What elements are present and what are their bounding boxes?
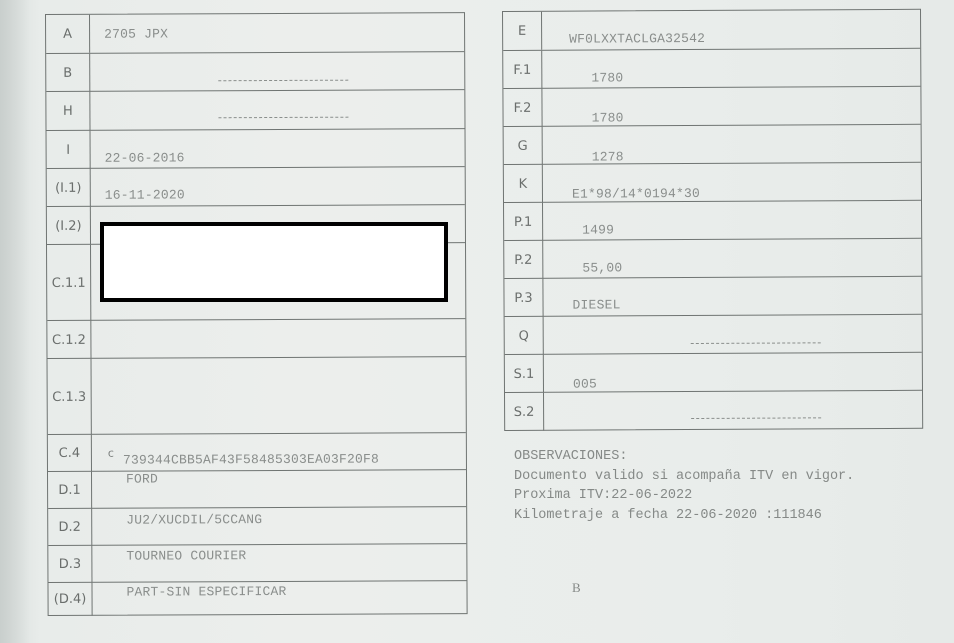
field-label: C.1.3: [48, 359, 92, 435]
field-value-usage: PART-SIN ESPECIFICAR: [126, 584, 286, 600]
field-value-max-mass-service: 1780: [592, 110, 624, 125]
field-label: S.1: [505, 355, 544, 393]
left-registration-table: A 2705 JPX B H I 22-06-2016 (I.1) 16-11-…: [45, 12, 468, 616]
row-d4: (D.4) PART-SIN ESPECIFICAR: [48, 580, 466, 616]
row-i: I 22-06-2016: [47, 128, 465, 169]
row-p3: P.3 DIESEL: [504, 276, 921, 317]
field-value-make: FORD: [126, 472, 158, 487]
field-label: F.2: [503, 89, 542, 127]
field-label: (D.4): [48, 583, 92, 616]
field-label: C.1.1: [47, 245, 91, 321]
field-value-fuel: DIESEL: [573, 297, 621, 312]
field-label: P.2: [504, 241, 543, 279]
row-d3: D.3 TOURNEO COURIER: [48, 543, 466, 583]
row-c4: C.4 c 739344CBB5AF43F58485303EA03F20F8: [48, 432, 466, 472]
row-h: H: [46, 89, 464, 131]
field-label: C.4: [48, 435, 92, 472]
row-i1: (I.1) 16-11-2020: [47, 166, 465, 207]
field-label: K: [504, 165, 543, 203]
empty-dash-line: [691, 417, 821, 419]
field-value-first-registration: 22-06-2016: [105, 150, 185, 165]
footer-mark: B: [572, 580, 581, 596]
field-value-c4-hash: 739344CBB5AF43F58485303EA03F20F8: [123, 452, 379, 468]
row-q: Q: [505, 314, 922, 355]
field-label: F.1: [503, 51, 542, 89]
row-d2: D.2 JU2/XUCDIL/5CCANG: [48, 506, 466, 546]
row-e: E WF0LXXTACLGA32542: [503, 10, 920, 50]
observation-line: Kilometraje a fecha 22-06-2020 :111846: [514, 506, 854, 526]
observation-line: Documento valido si acompaña ITV en vigo…: [514, 467, 854, 487]
field-value-type-variant: JU2/XUCDIL/5CCANG: [126, 512, 262, 528]
field-label: S.2: [505, 393, 544, 431]
field-label: P.3: [504, 279, 543, 317]
observation-line: Proxima ITV:22-06-2022: [514, 486, 854, 506]
row-c13: C.1.3: [48, 356, 466, 435]
field-value-plate: 2705 JPX: [104, 26, 168, 41]
row-b: B: [46, 51, 464, 92]
field-label: (I.1): [47, 169, 91, 207]
row-g: G 1278: [504, 124, 921, 165]
row-k: K E1*98/14*0194*30: [504, 162, 921, 203]
field-label: E: [503, 12, 542, 50]
field-value-max-mass: 1780: [591, 70, 623, 85]
row-s1: S.1 005: [505, 352, 922, 393]
field-value-type-approval: E1*98/14*0194*30: [572, 186, 700, 202]
row-s2: S.2: [505, 390, 922, 431]
field-label: P.1: [504, 203, 543, 241]
row-p1: P.1 1499: [504, 200, 921, 241]
field-value-power: 55,00: [582, 260, 622, 275]
row-a: A 2705 JPX: [46, 13, 464, 53]
field-label: H: [46, 92, 90, 131]
row-c12: C.1.2: [47, 318, 465, 359]
field-label: Q: [505, 317, 544, 355]
field-label: I: [47, 131, 91, 169]
empty-dash-line: [218, 117, 348, 119]
observations-block: OBSERVACIONES:Documento valido si acompa…: [514, 447, 854, 525]
field-label: D.3: [48, 546, 92, 583]
row-d1: D.1 FORD: [48, 469, 466, 509]
field-value-registration-date: 16-11-2020: [105, 187, 185, 202]
observations-heading: OBSERVACIONES:: [514, 447, 854, 467]
field-label: G: [504, 127, 543, 165]
field-label: C.1.2: [47, 321, 91, 359]
empty-dash-line: [691, 342, 821, 344]
row-p2: P.2 55,00: [504, 238, 921, 279]
row-f1: F.1 1780: [503, 48, 920, 89]
right-technical-table: E WF0LXXTACLGA32542 F.1 1780 F.2 1780 G …: [502, 9, 923, 431]
c4-prefix-mark: c: [108, 447, 114, 460]
field-value-model: TOURNEO COURIER: [126, 548, 246, 564]
field-value-displacement: 1499: [582, 222, 614, 237]
field-label: B: [46, 54, 90, 92]
field-label: D.1: [48, 472, 92, 509]
field-value-mass-in-service: 1278: [592, 149, 624, 164]
field-label: D.2: [48, 509, 92, 546]
field-value-vin: WF0LXXTACLGA32542: [569, 31, 705, 47]
document-page: A 2705 JPX B H I 22-06-2016 (I.1) 16-11-…: [0, 0, 954, 643]
row-f2: F.2 1780: [503, 86, 920, 127]
field-value-seats: 005: [573, 377, 597, 392]
redaction-box: [100, 222, 448, 302]
field-label: A: [46, 15, 90, 53]
field-label: (I.2): [47, 207, 91, 245]
empty-dash-line: [218, 80, 348, 82]
